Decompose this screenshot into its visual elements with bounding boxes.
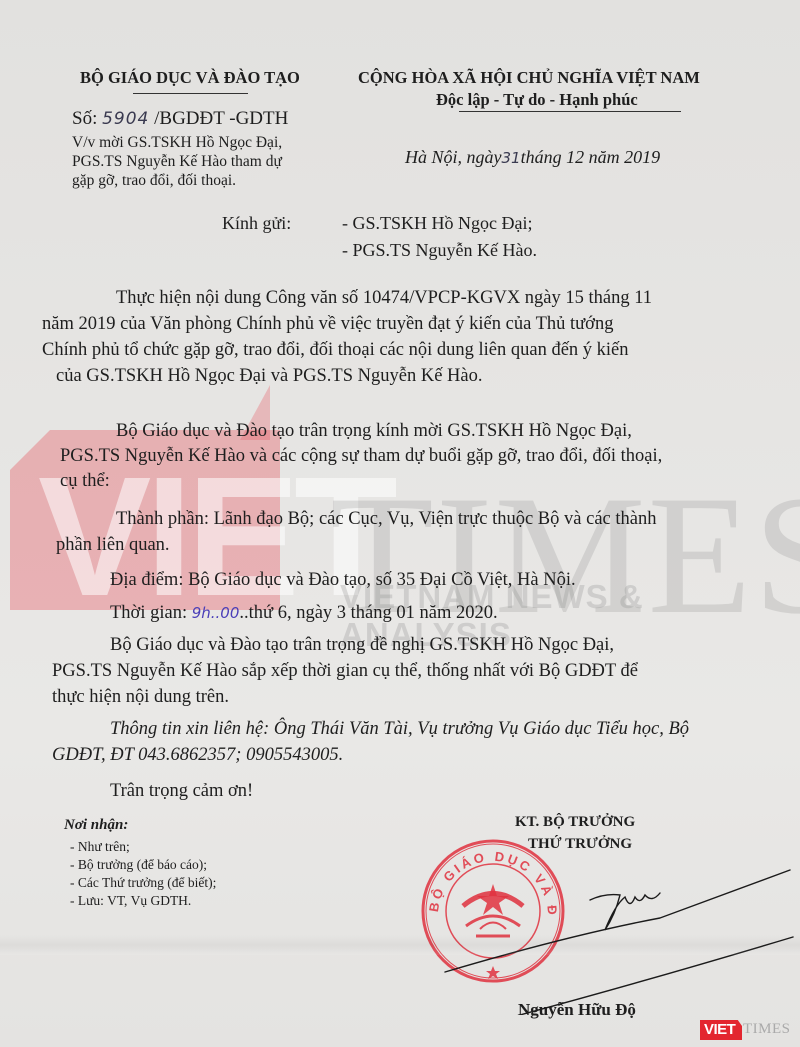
- para1-line4: của GS.TSKH Hồ Ngọc Đại và PGS.TS Nguyễn…: [56, 366, 482, 387]
- date-line: Hà Nội, ngày31tháng 12 năm 2019: [405, 147, 660, 168]
- recipient-1: - GS.TSKH Hồ Ngọc Đại;: [342, 213, 533, 234]
- so-handwritten-number: 5904: [102, 109, 149, 129]
- thanks: Trân trọng cảm ơn!: [110, 781, 253, 802]
- thanh-phan-line2: phần liên quan.: [56, 535, 170, 556]
- subject-line-2: PGS.TS Nguyễn Kế Hào tham dự: [72, 153, 282, 171]
- para2-line1: Bộ Giáo dục và Đào tạo trân trọng kính m…: [116, 421, 632, 442]
- thoi-gian-label: Thời gian:: [110, 603, 187, 623]
- para2-line2: PGS.TS Nguyễn Kế Hào và các cộng sự tham…: [60, 446, 662, 467]
- para3-line3: thực hiện nội dung trên.: [52, 687, 229, 708]
- date-prefix: Hà Nội, ngày: [405, 147, 502, 167]
- date-suffix: tháng 12 năm 2019: [521, 147, 661, 167]
- logo-viet-text: VIET: [704, 1021, 735, 1038]
- para3-line2: PGS.TS Nguyễn Kế Hào sắp xếp thời gian c…: [52, 661, 638, 682]
- noi-nhan-item: - Như trên;: [70, 839, 130, 855]
- para2-line3: cụ thể:: [60, 471, 110, 492]
- dia-diem: Địa điểm: Bộ Giáo dục và Đào tạo, số 35 …: [110, 570, 576, 591]
- noi-nhan-item: - Lưu: VT, Vụ GDTH.: [70, 893, 191, 909]
- para1-line1: Thực hiện nội dung Công văn số 10474/VPC…: [116, 288, 652, 309]
- subject-line-1: V/v mời GS.TSKH Hồ Ngọc Đại,: [72, 134, 282, 152]
- thanh-phan-line1: Thành phần: Lãnh đạo Bộ; các Cục, Vụ, Vi…: [116, 509, 656, 530]
- document-number: Số: 5904 /BGDĐT -GDTH: [72, 108, 288, 130]
- motto-underline: [459, 111, 681, 112]
- thoi-gian-rest: ..thứ 6, ngày 3 tháng 01 năm 2020.: [239, 603, 497, 623]
- para3-line1: Bộ Giáo dục và Đào tạo trân trọng đề ngh…: [110, 635, 614, 656]
- signer-name: Nguyễn Hữu Độ: [518, 1000, 636, 1020]
- thoi-gian: Thời gian: 9h..00..thứ 6, ngày 3 tháng 0…: [110, 603, 498, 624]
- ministry-underline: [133, 93, 248, 94]
- subject-line-3: gặp gỡ, trao đổi, đối thoại.: [72, 172, 236, 190]
- document-page: VIET TIMES VIETNAM NEWS & ANALYSIS BỘ GI…: [0, 0, 800, 1047]
- signature-title-1: KT. BỘ TRƯỞNG: [515, 814, 635, 831]
- date-day-handwritten: 31: [502, 149, 521, 167]
- paper-fold-shadow: [0, 935, 800, 955]
- contact-line2: GDĐT, ĐT 043.6862357; 0905543005.: [52, 745, 343, 766]
- para1-line2: năm 2019 của Văn phòng Chính phủ về việc…: [42, 314, 613, 335]
- ministry-name: BỘ GIÁO DỤC VÀ ĐÀO TẠO: [80, 68, 300, 88]
- contact-line1: Thông tin xin liên hệ: Ông Thái Văn Tài,…: [110, 719, 689, 740]
- logo-times-text: TIMES: [743, 1021, 791, 1038]
- para1-line3: Chính phủ tổ chức gặp gỡ, trao đổi, đối …: [42, 340, 629, 361]
- recipients-label: Kính gửi:: [222, 213, 291, 234]
- so-code: /BGDĐT -GDTH: [154, 108, 288, 129]
- national-motto: Độc lập - Tự do - Hạnh phúc: [436, 90, 638, 110]
- thoi-gian-handwritten: 9h..00: [192, 604, 240, 622]
- recipient-2: - PGS.TS Nguyễn Kế Hào.: [342, 240, 537, 261]
- republic-title: CỘNG HÒA XÃ HỘI CHỦ NGHĨA VIỆT NAM: [358, 68, 700, 88]
- viettimes-logo: VIET TIMES: [700, 1012, 800, 1042]
- noi-nhan-item: - Các Thứ trưởng (để biết);: [70, 875, 216, 891]
- so-label: Số:: [72, 108, 97, 129]
- noi-nhan-title: Nơi nhận:: [64, 817, 128, 834]
- noi-nhan-item: - Bộ trưởng (để báo cáo);: [70, 857, 207, 873]
